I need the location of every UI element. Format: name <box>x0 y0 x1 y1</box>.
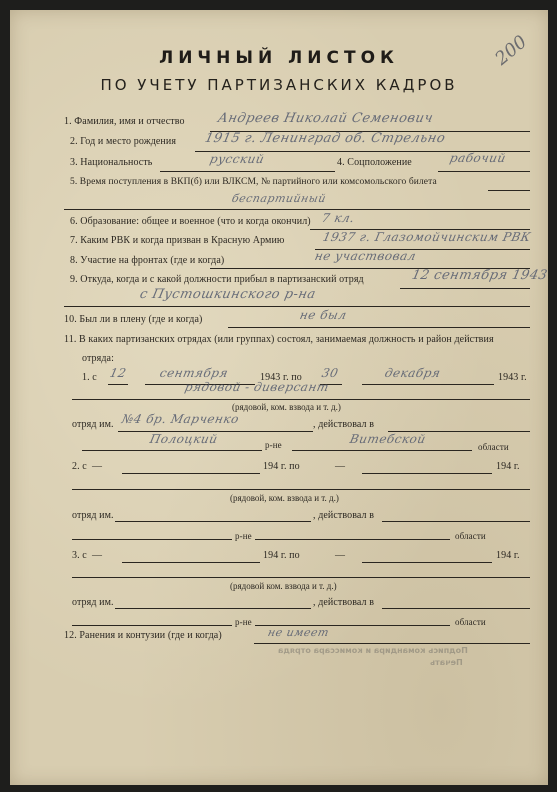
field-value-arrival-line2: с Пустошкинского р-на <box>138 287 317 302</box>
region-label: области <box>455 617 486 627</box>
bleedthrough-text-2: Печать <box>430 658 463 667</box>
document-sheet: 200 ЛИЧНЫЙ ЛИСТОК ПО УЧЕТУ ПАРТИЗАНСКИХ … <box>10 10 548 785</box>
field-value-arrival: 12 сентября 1943 <box>410 268 548 283</box>
to-month-line <box>362 473 492 474</box>
field-line-social-status <box>438 171 530 172</box>
to-day: — <box>335 550 345 561</box>
field-line-arrival-a <box>400 288 530 289</box>
position-line <box>72 577 530 578</box>
field-value-education: 7 кл. <box>321 211 357 225</box>
document-title: ЛИЧНЫЙ ЛИСТОК <box>10 48 548 68</box>
from-day: — <box>92 550 102 561</box>
from-year: 194 г. по <box>263 461 300 472</box>
field-value-captivity: не был <box>299 308 349 322</box>
field-label-wounds: 12. Ранения и контузии (где и когда) <box>64 630 222 641</box>
field-label-conscription: 7. Каким РВК и когда призван в Красную А… <box>70 235 285 246</box>
field-value-fronts: не участвовал <box>314 249 418 263</box>
to-day: 30 <box>321 366 340 380</box>
from-month: сентября <box>159 366 230 380</box>
to-year: 194 г. <box>496 461 520 472</box>
field-label-detachments-line2: отряда: <box>82 353 114 364</box>
unit-line <box>115 608 311 609</box>
from-month-line <box>122 473 260 474</box>
field-label-name: 1. Фамилия, имя и отчество <box>64 116 185 127</box>
acted-line <box>382 608 530 609</box>
region-label: области <box>455 531 486 541</box>
field-label-birth: 2. Год и место рождения <box>70 136 176 147</box>
unit-label: отряд им. <box>72 510 114 521</box>
document-subtitle: ПО УЧЕТУ ПАРТИЗАНСКИХ КАДРОВ <box>10 76 548 94</box>
unit-line <box>115 521 311 522</box>
field-value-wounds: не имеет <box>267 626 331 639</box>
region-label: области <box>478 442 509 452</box>
to-year: 1943 г. <box>498 372 527 383</box>
region-line <box>255 539 450 540</box>
district-value: Полоцкий <box>149 432 220 446</box>
from-year: 194 г. по <box>263 550 300 561</box>
field-label-nationality: 3. Национальность <box>70 157 152 168</box>
field-line-nationality <box>160 171 335 172</box>
position-caption: (рядовой, ком. взвода и т. д.) <box>230 493 339 503</box>
acted-label: , действовал в <box>313 597 374 608</box>
from-day-line <box>108 384 128 385</box>
field-value-conscription: 1937 г. Глазомойчинским РВК <box>322 230 533 244</box>
field-label-captivity: 10. Был ли в плену (где и когда) <box>64 314 202 325</box>
position-caption: (рядовой, ком. взвода и т. д.) <box>232 402 341 412</box>
field-label-social-status: 4. Соцположение <box>337 157 412 168</box>
field-line-arrival-b <box>64 306 530 307</box>
region-line <box>292 450 472 451</box>
detachment-number: 1. с <box>82 372 97 383</box>
field-line-party-a <box>488 190 530 191</box>
district-label: р-не <box>235 531 252 541</box>
field-label-fronts: 8. Участие на фронтах (где и когда) <box>70 255 224 266</box>
to-month-line <box>362 562 492 563</box>
acted-label: , действовал в <box>313 419 374 430</box>
detachment-number: 2. с <box>72 461 87 472</box>
field-label-party: 5. Время поступления в ВКП(б) или ВЛКСМ,… <box>70 177 437 187</box>
field-value-name: Андреев Николай Семенович <box>216 111 434 126</box>
position-value: рядовой - диверсант <box>184 380 331 394</box>
to-month-line <box>362 384 494 385</box>
field-value-party: беспартийный <box>231 192 328 205</box>
region-value: Витебской <box>349 432 428 446</box>
acted-line <box>382 521 530 522</box>
district-label: р-не <box>235 617 252 627</box>
to-month: декабря <box>384 366 442 380</box>
field-value-birth: 1915 г. Ленинград об. Стрельно <box>203 131 446 146</box>
field-label-detachments: 11. В каких партизанских отрядах (или гр… <box>64 334 494 345</box>
acted-label: , действовал в <box>313 510 374 521</box>
position-line <box>72 489 530 490</box>
field-line-party-b <box>64 209 530 210</box>
district-line <box>72 625 232 626</box>
detachment-number: 3. с <box>72 550 87 561</box>
from-month-line <box>122 562 260 563</box>
district-label: р-не <box>265 440 282 450</box>
unit-label: отряд им. <box>72 597 114 608</box>
bleedthrough-text-1: Подпись командира и комиссара отряда <box>278 646 468 655</box>
field-line-captivity <box>228 327 530 328</box>
to-year: 194 г. <box>496 550 520 561</box>
field-line-wounds <box>254 643 530 644</box>
from-day: — <box>92 461 102 472</box>
position-line <box>72 399 530 400</box>
unit-label: отряд им. <box>72 419 114 430</box>
to-day: — <box>335 461 345 472</box>
district-line <box>82 450 262 451</box>
district-line <box>72 539 232 540</box>
field-label-education: 6. Образование: общее и военное (что и к… <box>70 216 311 227</box>
from-day: 12 <box>109 366 128 380</box>
field-value-social-status: рабочий <box>449 151 508 165</box>
position-caption: (рядовой ком. взвода и т. д.) <box>230 581 337 591</box>
unit-value: №4 бр. Марченко <box>121 412 241 426</box>
field-value-nationality: русский <box>209 152 266 166</box>
field-label-arrival: 9. Откуда, когда и с какой должности при… <box>70 274 364 285</box>
